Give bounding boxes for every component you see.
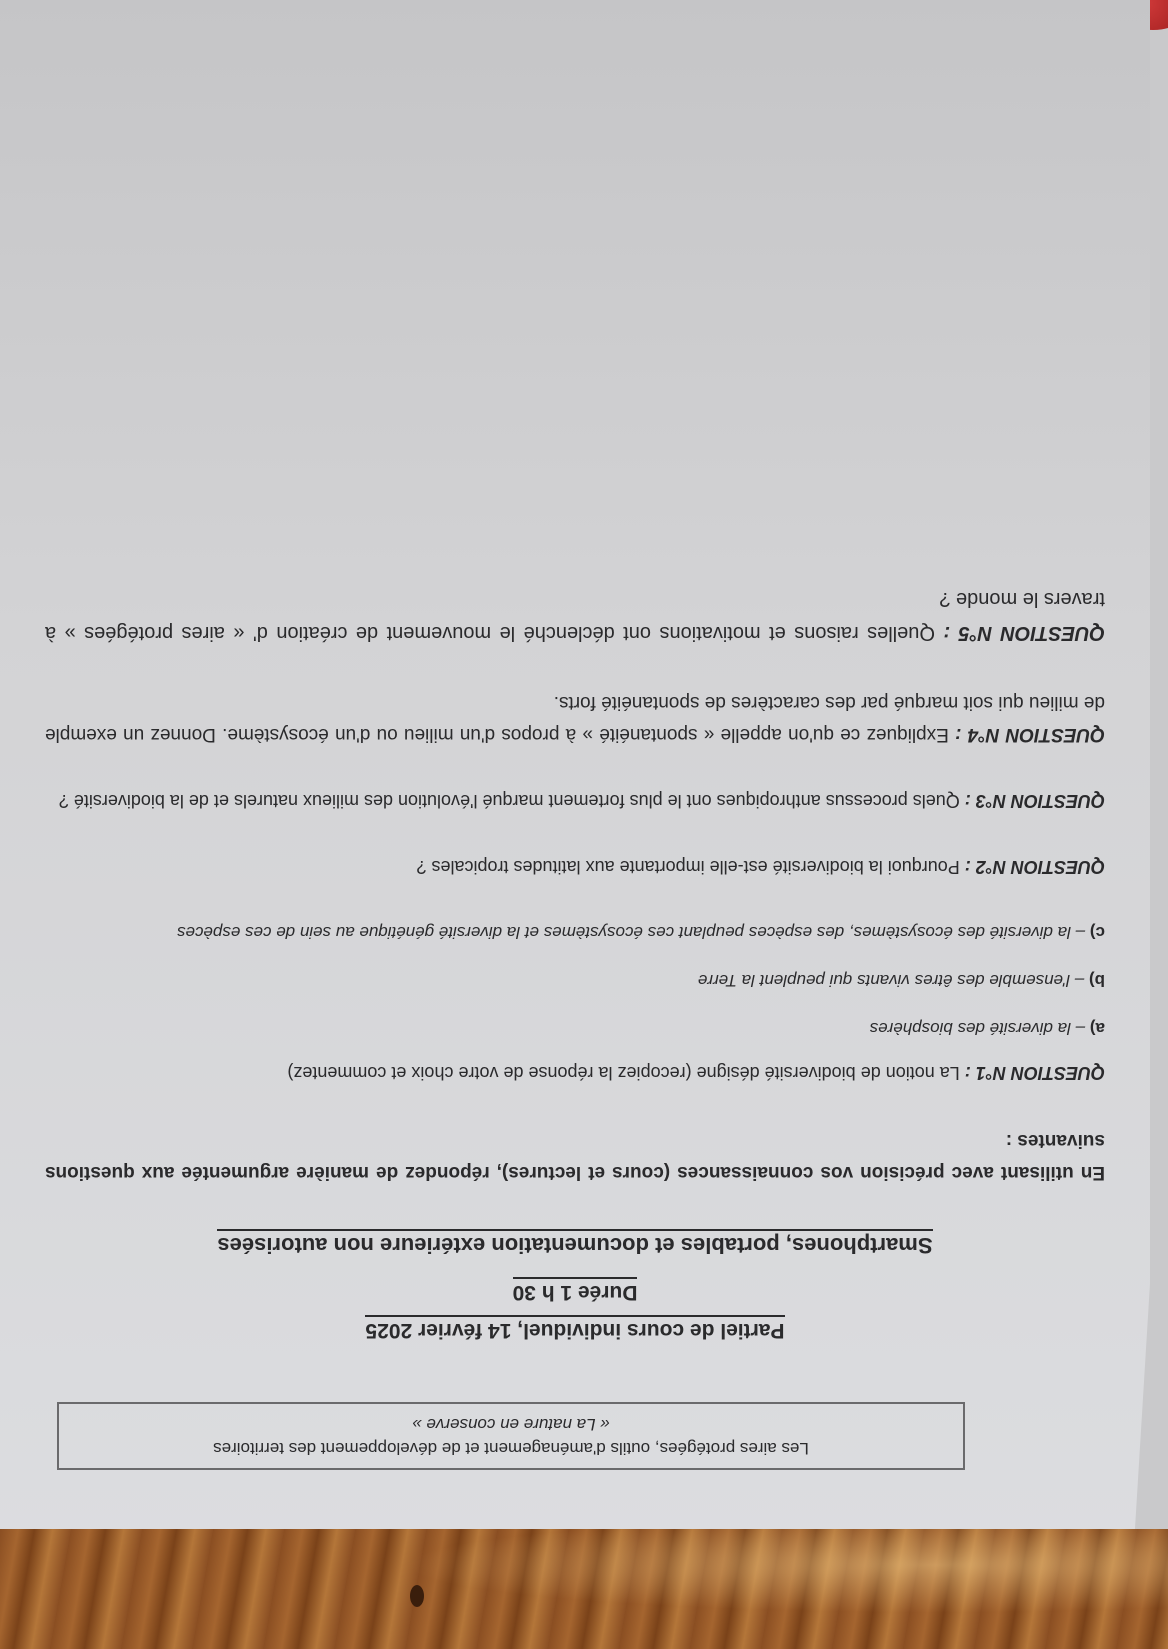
question-1-text: La notion de biodiversité désigne (recop… [287,1063,959,1083]
question-2: QUESTION N°2 : Pourquoi la biodiversité … [45,852,1105,882]
question-3: QUESTION N°3 : Quels processus anthropiq… [45,786,1105,816]
exam-rules-text: Smartphones, portables et documentation … [217,1229,932,1258]
exam-sheet-rotated-content: Les aires protégées, outils d'aménagemen… [0,0,1150,1565]
question-1-label: QUESTION N°1 : [965,1063,1105,1083]
question-5-label: QUESTION N°5 : [943,622,1105,644]
question-5: QUESTION N°5 : Quelles raisons et motiva… [45,582,1105,650]
course-theme: « La nature en conserve » [71,1412,951,1436]
exam-duration-text: Durée 1 h 30 [513,1277,638,1304]
choice-c: c) – la diversité des écosystèmes, des e… [45,918,1105,946]
exam-duration: Durée 1 h 30 [45,1280,1105,1304]
question-4-text: Expliquez ce qu'on appelle « spontanéité… [45,692,1105,745]
choice-c-letter: c) [1090,923,1105,942]
question-2-text: Pourquoi la biodiversité est-elle import… [416,857,959,877]
choice-b-text: – l'ensemble des êtres vivants qui peupl… [698,971,1084,990]
course-header-box: Les aires protégées, outils d'aménagemen… [57,1402,965,1470]
wooden-table-surface [0,1529,1168,1649]
exam-instructions: En utilisant avec précision vos connaiss… [45,1124,1105,1188]
question-3-label: QUESTION N°3 : [965,791,1105,811]
course-subtitle: Les aires protégées, outils d'aménagemen… [71,1436,951,1460]
exam-title-text: Partiel de cours individuel, 14 février … [365,1315,784,1342]
exam-sheet: Les aires protégées, outils d'aménagemen… [0,0,1150,1565]
question-1: QUESTION N°1 : La notion de biodiversité… [45,918,1105,1088]
choice-b: b) – l'ensemble des êtres vivants qui pe… [45,966,1105,994]
exam-rules: Smartphones, portables et documentation … [45,1232,1105,1258]
question-1-choices: a) – la diversité des biosphères b) – l'… [45,918,1105,1042]
wood-knot [410,1585,424,1607]
exam-title: Partiel de cours individuel, 14 février … [45,1318,1105,1342]
question-2-label: QUESTION N°2 : [965,857,1105,877]
question-4-label: QUESTION N°4 : [955,724,1105,745]
choice-a-letter: a) [1090,1019,1105,1038]
question-4: QUESTION N°4 : Expliquez ce qu'on appell… [45,686,1105,750]
question-3-text: Quels processus anthropiques ont le plus… [59,791,960,811]
choice-a: a) – la diversité des biosphères [45,1014,1105,1042]
choice-c-text: – la diversité des écosystèmes, des espè… [177,923,1085,942]
choice-b-letter: b) [1089,971,1105,990]
choice-a-text: – la diversité des biosphères [870,1019,1085,1038]
